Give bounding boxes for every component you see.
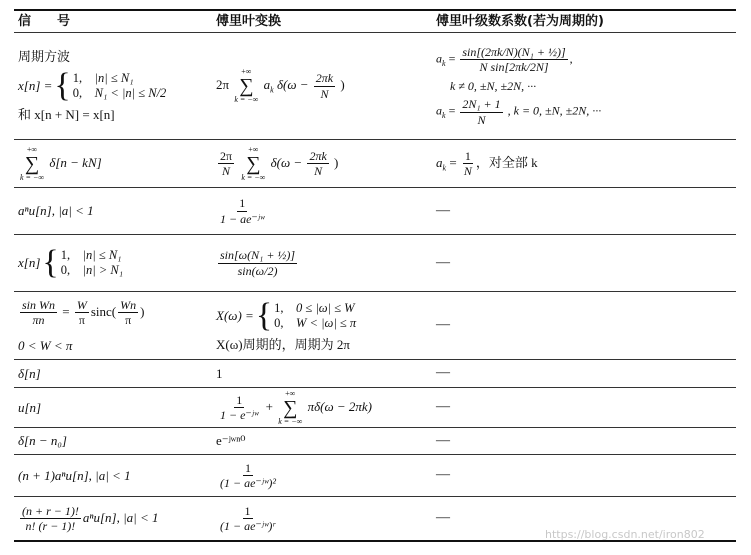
table-row: aⁿu[n], |a| < 1 11 − ae⁻ʲʷ — [14, 188, 736, 235]
table-row: u[n] 11 − e⁻ʲʷ + +∞∑k = −∞ πδ(ω − 2πk) — [14, 388, 736, 428]
summation-icon: +∞∑k = −∞ [241, 146, 265, 182]
summation-icon: +∞∑k = −∞ [278, 390, 302, 426]
summation-icon: +∞∑k = −∞ [234, 68, 258, 104]
table-row: +∞∑k = −∞ δ[n − kN] 2πN +∞∑k = −∞ δ(ω − … [14, 140, 736, 188]
periodicity-condition: 和 x[n + N] = x[n] [18, 107, 208, 123]
table-row: x[n] { 1, |n| ≤ N₁ 0, |n| > N₁ sin[ω(N₁ … [14, 235, 736, 292]
empty-dash: — [436, 360, 736, 387]
summation-icon: +∞∑k = −∞ [20, 146, 44, 182]
table-header: 信 号 傅里叶变换 傅里叶级数系数(若为周期的) [14, 11, 736, 33]
header-signal: 信 号 [18, 11, 208, 32]
brace-icon: { [256, 299, 272, 333]
piecewise-signal: x[n] = { 1, |n| ≤ N₁ 0, N₁ < |n| ≤ N/2 [18, 69, 208, 103]
header-fourier-series: 傅里叶级数系数(若为周期的) [436, 11, 736, 32]
empty-dash: — [436, 188, 736, 234]
brace-icon: { [42, 246, 58, 280]
signal-title: 周期方波 [18, 49, 208, 65]
brace-icon: { [54, 69, 70, 103]
watermark: https://blog.csdn.net/iron802 [545, 528, 705, 541]
empty-dash: — [436, 292, 736, 359]
header-fourier-transform: 傅里叶变换 [216, 11, 436, 32]
empty-dash: — [436, 428, 736, 454]
table-row: δ[n − n₀] e⁻ʲʷⁿ⁰ — [14, 428, 736, 455]
table-row: sin Wnπn = Wπsinc(Wnπ) 0 < W < π X(ω) = … [14, 292, 736, 360]
series-cell: ak = sin[(2πk/N)(N₁ + ½)]N sin[2πk/2N], … [436, 33, 736, 139]
table-row: 周期方波 x[n] = { 1, |n| ≤ N₁ 0, N₁ < |n| ≤ … [14, 33, 736, 140]
empty-dash: — [436, 388, 736, 427]
table-row: (n + 1)aⁿu[n], |a| < 1 1(1 − ae⁻ʲʷ)² — [14, 455, 736, 497]
signal-cell: 周期方波 x[n] = { 1, |n| ≤ N₁ 0, N₁ < |n| ≤ … [18, 33, 208, 139]
empty-dash: — [436, 455, 736, 496]
transform-cell: 2π +∞∑k = −∞ ak δ(ω − 2πkN ) [216, 33, 436, 139]
empty-dash: — [436, 235, 736, 291]
table-row: δ[n] 1 — [14, 360, 736, 388]
